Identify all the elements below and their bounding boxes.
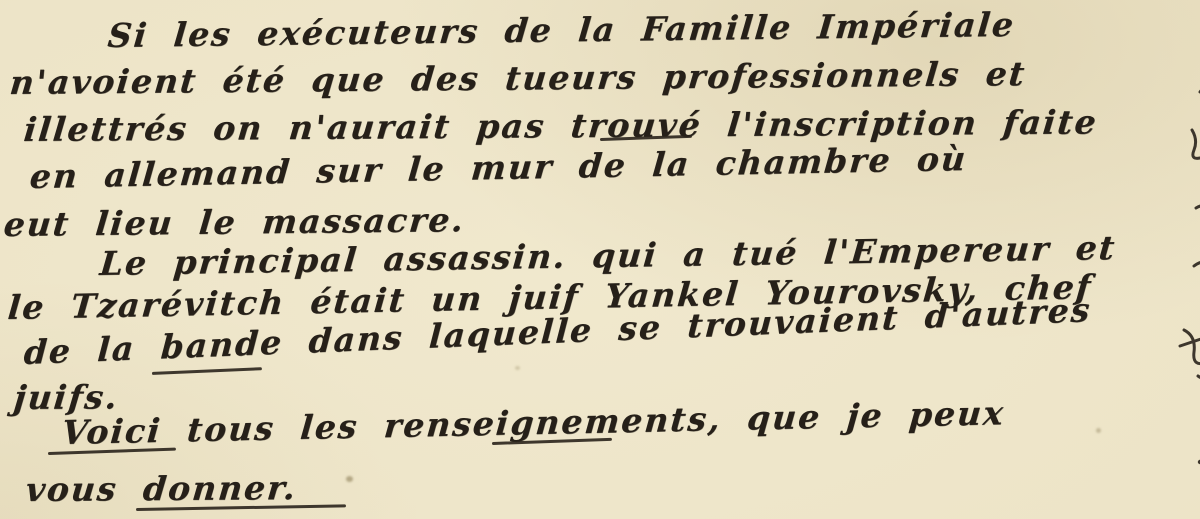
handwritten-line-2: n'avoient été que des tueurs professionn…	[8, 54, 1028, 102]
underline-bande	[152, 367, 262, 375]
handwritten-line-9: juifs.	[12, 377, 121, 417]
handwritten-line-1: Si les exécuteurs de la Famille Impérial…	[106, 5, 1017, 55]
paper-speck	[515, 366, 520, 370]
handwritten-line-11: vous donner.	[24, 468, 299, 509]
margin-note-cutoff-scribble	[1170, 30, 1200, 500]
handwritten-line-5: eut lieu le massacre.	[2, 200, 467, 244]
paper-speck	[1096, 428, 1101, 433]
handwritten-letter-scan: Si les exécuteurs de la Famille Impérial…	[0, 0, 1200, 519]
paper-speck	[346, 476, 353, 482]
